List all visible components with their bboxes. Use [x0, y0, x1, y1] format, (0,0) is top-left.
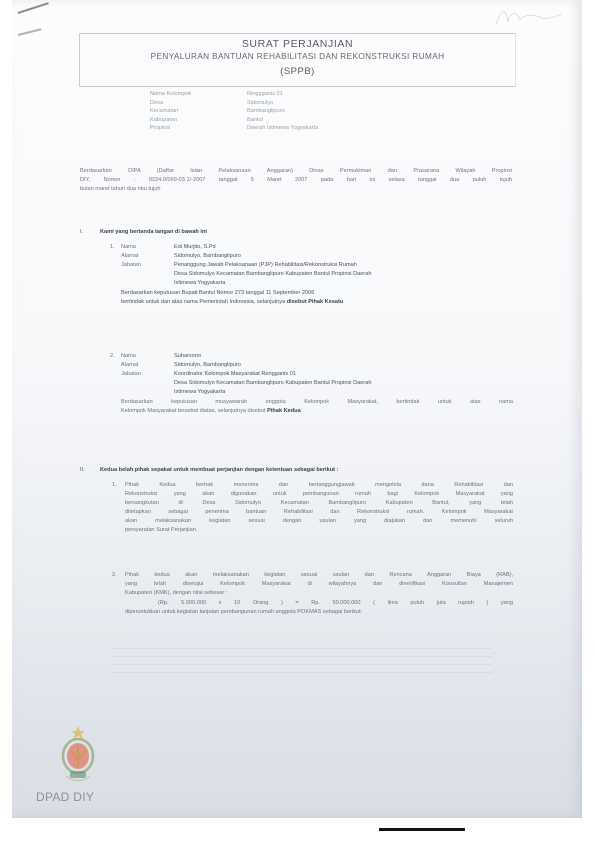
clause-calculation: (Rp. 5.000.000 x 10 Orang ) = Rp. 50.000… [158, 599, 513, 607]
field-value: Istimewa Yogyakarta [174, 279, 225, 287]
party-basis: Berdasarkan keputusan musyawarah anggota… [121, 398, 513, 406]
party-basis: Kelompok Masyarakat tersebut diatas, sel… [121, 407, 301, 415]
field-value: Edi Murjito, S.Pd [174, 243, 216, 251]
field-value: Sidomulyo, Bambanglipuro [174, 252, 241, 260]
scan-mark-bottom [18, 28, 42, 36]
clause-line: akan melaksanakan kegiatan sesuai dengan… [125, 517, 513, 525]
intro-line: Berdasarkan DIPA (Daftar Isian Pelaksana… [80, 167, 512, 175]
party-basis: Berdasarkan keputusan Bupati Bantul Nomo… [121, 289, 314, 297]
field-label: Jabatan [121, 370, 141, 378]
title-box: SURAT PERJANJIAN PENYALURAN BANTUAN REHA… [79, 33, 516, 87]
clause-number: 2. [112, 571, 117, 579]
field-value: Sidomulyo, Bambanglipuro [174, 361, 241, 369]
party-role: disebut Pihak Kesatu [287, 299, 344, 305]
field-value: Suharsono [174, 352, 201, 360]
party-basis: bertindak untuk dan atas nama Pemerintah… [121, 298, 343, 306]
info-value: Bambanglipuro [247, 107, 285, 115]
field-label: Nama [121, 352, 136, 360]
clause-line: Kabupaten (KMK), dengan nilai sebesar : [125, 589, 227, 597]
clause-line: diperuntukkan untuk kegiatan lanjutan pe… [125, 608, 362, 616]
info-value: Daerah Istimewa Yogyakarta [247, 124, 318, 132]
info-value: Ringgganis 01 [247, 90, 283, 98]
field-value: Istimewa Yogyakarta [174, 388, 225, 396]
watermark-label: DPAD DIY [36, 790, 94, 804]
clause-line: Rekonstruksi yang akan digunakan untuk p… [125, 490, 513, 498]
scanned-page: SURAT PERJANJIAN PENYALURAN BANTUAN REHA… [12, 0, 582, 818]
intro-line: DIY, Nomor : 0224.0/069-03.1/-2007 tangg… [80, 176, 512, 184]
party-number: 2. [110, 352, 115, 360]
section-number: I. [80, 228, 83, 236]
party-basis-text: bertindak untuk dan atas nama Pemerintah… [121, 299, 287, 305]
clause-line: yang telah disetujui Kelompok Masyarakat… [125, 580, 513, 588]
document-code: (SPPB) [80, 66, 515, 77]
party-number: 1. [110, 243, 115, 251]
section-heading: Kami yang bertanda tangan di bawah ini [100, 228, 207, 236]
info-value: Sidomulyo [247, 99, 273, 107]
signature-icon [494, 4, 564, 28]
yogyakarta-coat-of-arms-icon [58, 726, 98, 784]
clause-line: bersangkutan di Desa Sidomulyo Kecamatan… [125, 499, 513, 507]
intro-line: bulan maret tahun dua ribu tujuh [80, 185, 161, 193]
field-value: Desa Sidomulyo Kecamatan Bambanglipuro K… [174, 270, 371, 278]
info-label: Kecamatan [150, 107, 178, 115]
divider-line [379, 828, 465, 831]
field-value: Penanggung Jawab Pelaksanaan (PJP) Rehab… [174, 261, 357, 269]
section-number: II. [80, 466, 85, 474]
document-title: SURAT PERJANJIAN [80, 38, 515, 50]
clause-line: Pihak Kedua berhak menerima dan bertangg… [125, 481, 513, 489]
field-value: Koordinator Kelompok Masyarakat Renggani… [174, 370, 296, 378]
clause-line: persyaratan Surat Perjanjian. [125, 526, 197, 534]
info-label: Propinsi [150, 124, 170, 132]
document-subtitle: PENYALURAN BANTUAN REHABILITASI DAN REKO… [80, 52, 515, 61]
clause-line: Pihak kedua akan melaksanakan kegiatan s… [125, 571, 513, 579]
section-heading: Kedua belah pihak sepakat untuk membuat … [100, 466, 338, 474]
info-label: Nama Kelompok [150, 90, 191, 98]
field-label: Alamat [121, 252, 138, 260]
scan-mark-top [18, 2, 49, 14]
info-label: Kabupaten [150, 116, 177, 124]
party-role: Pihak Kedua [267, 408, 301, 414]
field-label: Nama [121, 243, 136, 251]
field-value: Desa Sidomulyo Kecamatan Bambanglipuro K… [174, 379, 371, 387]
info-value: Bantul [247, 116, 263, 124]
bleed-through-text [112, 648, 492, 678]
clause-line: ditetapkan sebagai penerima bantuan Reha… [125, 508, 513, 516]
field-label: Jabatan [121, 261, 141, 269]
clause-number: 1. [112, 481, 117, 489]
party-basis-text: Kelompok Masyarakat tersebut diatas, sel… [121, 408, 267, 414]
info-label: Desa [150, 99, 163, 107]
field-label: Alamat [121, 361, 138, 369]
